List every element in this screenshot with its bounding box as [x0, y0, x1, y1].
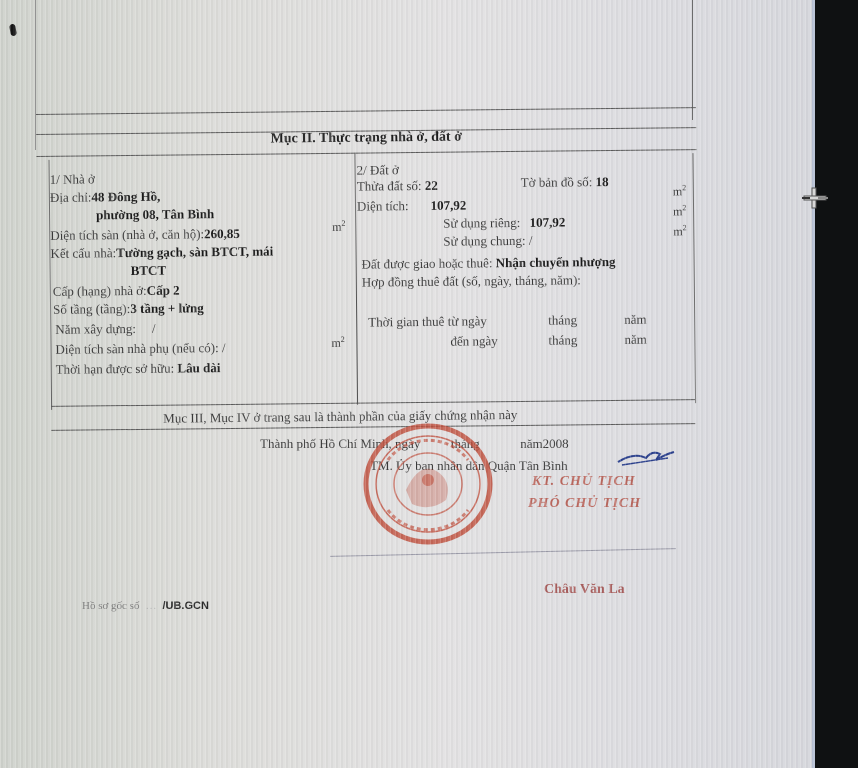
private-use-label: Sử dụng riêng: — [443, 215, 520, 231]
address-row: Địa chỉ:48 Đông Hồ, — [50, 189, 161, 206]
signer-title-line2: PHÓ CHỦ TỊCH — [528, 496, 641, 512]
allocation-row: Đất được giao hoặc thuê: Nhận chuyển như… — [362, 254, 616, 273]
year-label: Năm xây dựng: — [55, 321, 136, 337]
plot-row: Thửa đất số: 22 — [357, 178, 438, 195]
floors-label: Số tầng (tầng): — [53, 301, 130, 317]
structure-row: Kết cấu nhà:Tường gạch, sàn BTCT, mái — [50, 244, 273, 262]
lease-from-row: Thời gian thuê từ ngày — [368, 313, 487, 330]
private-use-value: 107,92 — [529, 214, 565, 229]
year-row: Năm xây dựng:/ — [55, 321, 155, 338]
structure-label: Kết cấu nhà: — [50, 245, 116, 261]
signer-name: Châu Văn La — [544, 582, 625, 598]
lease-contract-row: Hợp đồng thuê đất (số, ngày, tháng, năm)… — [362, 272, 581, 290]
structure-line2: BTCT — [131, 263, 167, 279]
land-area-value: 107,92 — [431, 197, 467, 212]
ownership-value: Lâu dài — [177, 360, 220, 375]
floors-row: Số tầng (tầng):3 tầng + lửng — [53, 300, 204, 318]
house-heading: 1/ Nhà ở — [50, 171, 95, 187]
map-sheet-value: 18 — [595, 174, 608, 189]
shared-use-label: Sử dụng chung: — [443, 233, 525, 249]
section-title: Mục II. Thực trạng nhà ở, đất ở — [36, 127, 696, 150]
archive-label: Hồ sơ gốc số — [82, 600, 139, 612]
area-unit: m2 — [673, 183, 687, 199]
lease-to-month: tháng — [548, 332, 577, 348]
aux-area-row: Diện tích sàn nhà phụ (nếu có): / — [55, 340, 225, 358]
date-year-value: 2008 — [543, 436, 569, 452]
address-line2: phường 08, Tân Bình — [96, 206, 214, 223]
screen-smudge — [9, 24, 17, 37]
structure-value: Tường gạch, sàn BTCT, mái — [116, 244, 273, 261]
screen-edge — [812, 0, 815, 768]
floor-area-unit: m2 — [332, 219, 346, 235]
grade-row: Cấp (hạng) nhà ở:Cấp 2 — [53, 283, 180, 300]
lease-to-year: năm — [624, 332, 647, 348]
structure-line2-value: BTCT — [131, 263, 167, 278]
official-seal-icon — [360, 420, 496, 548]
aux-area-unit: m2 — [331, 335, 345, 351]
grade-value: Cấp 2 — [147, 283, 180, 298]
land-area-row: Diện tích:107,92 — [357, 197, 467, 214]
land-area-label: Diện tích: — [357, 198, 409, 214]
allocation-value: Nhận chuyển nhượng — [496, 254, 616, 270]
archive-number-blurred: … — [145, 600, 156, 612]
aux-area-value: / — [222, 340, 226, 355]
ownership-row: Thời hạn được sở hữu: Lâu dài — [56, 360, 221, 378]
plot-label: Thửa đất số: — [357, 178, 422, 194]
plot-value: 22 — [425, 178, 438, 193]
shared-use-unit: m2 — [673, 223, 687, 239]
address-value: 48 Đông Hồ, — [91, 189, 160, 205]
land-heading: 2/ Đất ở — [357, 162, 399, 178]
date-year-label: năm — [520, 436, 542, 452]
aux-area-label: Diện tích sàn nhà phụ (nếu có): — [55, 340, 218, 357]
monitor-screen: Mục II. Thực trạng nhà ở, đất ở 1/ Nhà ở… — [0, 0, 815, 768]
floor-area-label: Diện tích sàn (nhà ở, căn hộ): — [50, 226, 204, 243]
floor-area-value: 260,85 — [204, 226, 240, 241]
lease-from-year: năm — [624, 312, 647, 328]
lease-from-month: tháng — [548, 312, 577, 328]
signer-title-line1: KT. CHỦ TỊCH — [532, 474, 636, 490]
archive-number: Hồ sơ gốc số…/UB.GCN — [82, 600, 209, 612]
year-value: / — [152, 321, 156, 336]
lease-to-label: đến ngày — [450, 333, 497, 349]
grade-label: Cấp (hạng) nhà ở: — [53, 283, 147, 299]
private-use-unit: m2 — [673, 203, 687, 219]
shared-use-value: / — [529, 233, 533, 248]
map-sheet-label: Tờ bản đồ số: — [521, 174, 593, 190]
house-column: 1/ Nhà ở Địa chỉ:48 Đông Hồ, phường 08, … — [49, 157, 359, 410]
signature-mark-icon — [616, 446, 676, 468]
certificate-section-ii: Mục II. Thực trạng nhà ở, đất ở 1/ Nhà ở… — [36, 105, 699, 442]
address-line2-value: phường 08, Tân Bình — [96, 206, 214, 222]
page-border-right — [692, 0, 693, 120]
move-cursor-icon — [802, 186, 830, 210]
land-column: 2/ Đất ở Thửa đất số: 22 Tờ bản đồ số: 1… — [356, 153, 696, 407]
allocation-label: Đất được giao hoặc thuê: — [362, 255, 493, 271]
floors-value: 3 tầng + lửng — [130, 300, 204, 316]
ownership-label: Thời hạn được sở hữu: — [56, 361, 175, 377]
archive-suffix: /UB.GCN — [162, 600, 208, 612]
lease-from-label: Thời gian thuê từ ngày — [368, 313, 487, 329]
shared-use-row: Sử dụng chung: / — [443, 233, 532, 250]
private-use-row: Sử dụng riêng: 107,92 — [443, 214, 565, 231]
table-rule — [36, 107, 696, 115]
address-label: Địa chỉ: — [50, 189, 92, 204]
floor-area-row: Diện tích sàn (nhà ở, căn hộ):260,85 — [50, 226, 240, 244]
map-sheet-row: Tờ bản đồ số: 18 — [521, 174, 609, 191]
signature-line — [330, 548, 676, 557]
